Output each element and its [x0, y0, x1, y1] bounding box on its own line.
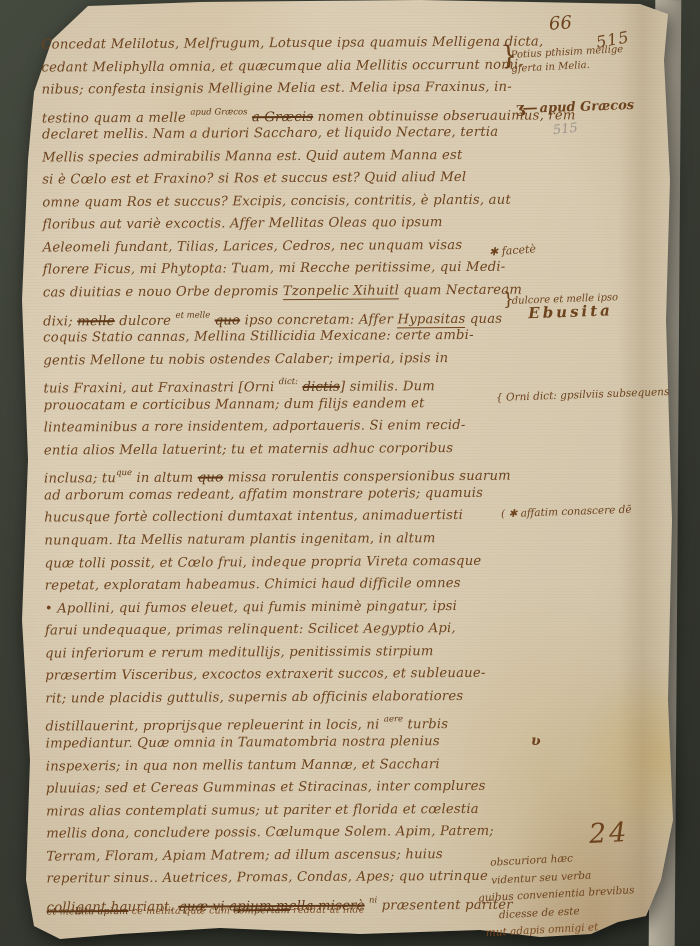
margin-note-dulcore: } dulcore et melle ipso Ebusita [512, 291, 619, 321]
manuscript-line: coquis Statio cannas, Mellina Stillicidi… [43, 325, 548, 351]
manuscript-line: Concedat Melilotus, Melfrugum, Lotusque … [41, 31, 546, 57]
margin-note-ebusita: Ebusita [528, 304, 619, 320]
manuscript-line: omne quam Ros et succus? Excipis, concis… [42, 189, 547, 215]
worn-corner [640, 902, 700, 946]
manuscript-line: mellis dona, concludere possis. Cœlumque… [46, 821, 551, 847]
manuscript-line: qui inferiorum e rerum meditullijs, peni… [45, 640, 550, 666]
margin-brace-icon: } [503, 293, 515, 306]
manuscript-line: floribus aut variè excoctis. Affer Melli… [42, 212, 547, 238]
manuscript-line: gentis Mellone tu nobis ostendes Calaber… [43, 347, 548, 373]
page-number-pencil: 515 [552, 121, 578, 139]
manuscript-line: inspexeris; in qua non mellis tantum Man… [46, 753, 551, 779]
margin-note-obscuriora: obscuriora hæcvidentur seu verbaquibus c… [490, 847, 637, 942]
manuscript-line: dixi; melle dulcore et melle quo ipso co… [43, 302, 548, 328]
manuscript-line: reperitur sinus.. Auetrices, Promas, Con… [46, 866, 551, 892]
manuscript-line: testino quam a melle apud Græcos a Græci… [42, 99, 547, 125]
manuscript-line: tuis Fraxini, aut Fraxinastri [Orni dict… [43, 370, 548, 396]
corner-number: 24 [588, 817, 630, 850]
folio-number-ink: 66 [548, 12, 572, 35]
manuscript-line: cedant Meliphylla omnia, et quæcumque al… [41, 54, 546, 80]
manuscript-line: cas diuitias e nouo Orbe depromis Tzonpe… [43, 279, 548, 305]
manuscript-line: hucusque fortè collectioni dumtaxat inte… [44, 505, 549, 531]
manuscript-line: • Apollini, qui fumos eleuet, qui fumis … [45, 595, 550, 621]
fold-shadow [618, 0, 666, 946]
manuscript-line: florere Ficus, mi Phytopta: Tuam, mi Rec… [43, 257, 548, 283]
manuscript-line: rit; unde placidis guttulis, supernis ab… [45, 685, 550, 711]
manuscript-line: nunquam. Ita Mellis naturam plantis inge… [44, 527, 549, 553]
manuscript-line: Mellis species admirabilis Manna est. Qu… [42, 144, 547, 170]
margin-brace-icon: ʒ— [516, 98, 536, 117]
manuscript-line: inclusa; tuque in altum quo missa rorule… [44, 460, 549, 486]
manuscript-line: declaret mellis. Nam a duriori Saccharo,… [42, 122, 547, 148]
photograph-backdrop: Concedat Melilotus, Melfrugum, Lotusque … [0, 0, 700, 946]
manuscript-line: linteaminibus a rore insidentem, adporta… [44, 415, 549, 441]
manuscript-text-block: Concedat Melilotus, Melfrugum, Lotusque … [41, 31, 551, 917]
manuscript-line: quæ tolli possit, et Cœlo frui, indeque … [44, 550, 549, 576]
manuscript-line: impediantur. Quæ omnia in Taumatombria n… [46, 730, 551, 756]
manuscript-line: repetat, exploratam habeamus. Chimici ha… [45, 573, 550, 599]
manuscript-line: Aeleomeli fundant, Tilias, Larices, Cedr… [43, 234, 548, 260]
manuscript-line: prouocatam e corticibus Mannam; dum fili… [44, 392, 549, 418]
margin-note-top: } Potius pthisim mellige gferta in Melia… [510, 43, 624, 77]
manuscript-line: ad arborum comas redeant, affatim monstr… [44, 482, 549, 508]
manuscript-line: miras alias contemplati sumus; ut parite… [46, 798, 551, 824]
margin-check-mark: ʋ [531, 733, 541, 749]
manuscript-line: farui undequaque, primas relinquent: Sci… [45, 618, 550, 644]
manuscript-line: pluuias; sed et Cereas Gumminas et Stira… [46, 775, 551, 801]
margin-brace-icon: } [500, 49, 517, 64]
manuscript-line: Terram, Floram, Apiam Matrem; ad illum a… [46, 843, 551, 869]
manuscript-line: si è Cœlo est et Fraxino? si Ros et succ… [42, 167, 547, 193]
manuscript-line: entia alios Mella latuerint; tu et mater… [44, 437, 549, 463]
manuscript-line: distillauerint, proprijsque repleuerint … [45, 708, 550, 734]
manuscript-line: nibus; confesta insignis Melligine Melia… [42, 77, 547, 103]
manuscript-line: præsertim Visceribus, excoctos extraxeri… [45, 663, 550, 689]
